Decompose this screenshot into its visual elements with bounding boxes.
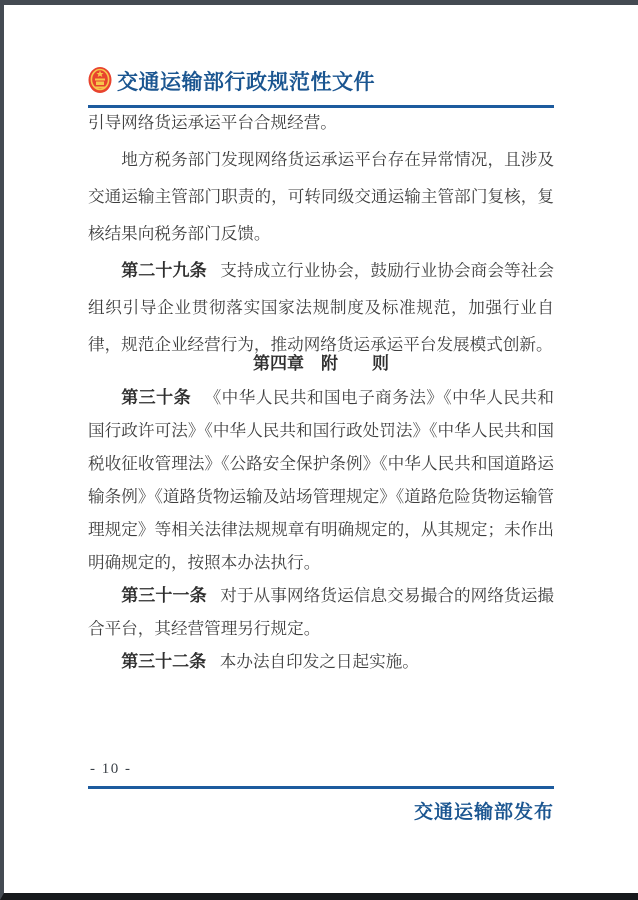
document-header: 交通运输部行政规范性文件 [88,64,375,98]
national-emblem-icon [88,66,112,96]
article-number: 第三十条 [121,388,191,407]
paragraph: 第三十二条本办法自印发之日起实施。 [88,645,554,678]
paragraph-text: 本办法自印发之日起实施。 [220,652,419,671]
header-title: 交通运输部行政规范性文件 [117,66,375,96]
paragraph-text: 地方税务部门发现网络货运承运平台存在异常情况，且涉及交通运输主管部门职责的，可转… [88,150,554,243]
article-number: 第三十二条 [121,652,206,671]
footer-divider [88,786,554,789]
document-body: 引导网络货运承运平台合规经营。 地方税务部门发现网络货运承运平台存在异常情况，且… [88,104,554,678]
paragraph-text: 《中华人民共和国电子商务法》《中华人民共和国行政许可法》《中华人民共和国行政处罚… [88,388,554,572]
page-number: - 10 - [90,761,132,778]
article-number: 第二十九条 [121,261,207,280]
paragraph: 第三十一条对于从事网络货运信息交易撮合的网络货运撮合平台，其经营管理另行规定。 [88,579,554,645]
publisher-label: 交通运输部发布 [414,797,554,824]
document-page: 交通运输部行政规范性文件 引导网络货运承运平台合规经营。 地方税务部门发现网络货… [0,0,638,900]
paragraph: 地方税务部门发现网络货运承运平台存在异常情况，且涉及交通运输主管部门职责的，可转… [88,141,554,252]
paragraph-text: 引导网络货运承运平台合规经营。 [88,113,337,132]
paragraph: 引导网络货运承运平台合规经营。 [88,104,554,141]
article-number: 第三十一条 [121,586,207,605]
paragraph: 第三十条《中华人民共和国电子商务法》《中华人民共和国行政许可法》《中华人民共和国… [88,381,554,579]
